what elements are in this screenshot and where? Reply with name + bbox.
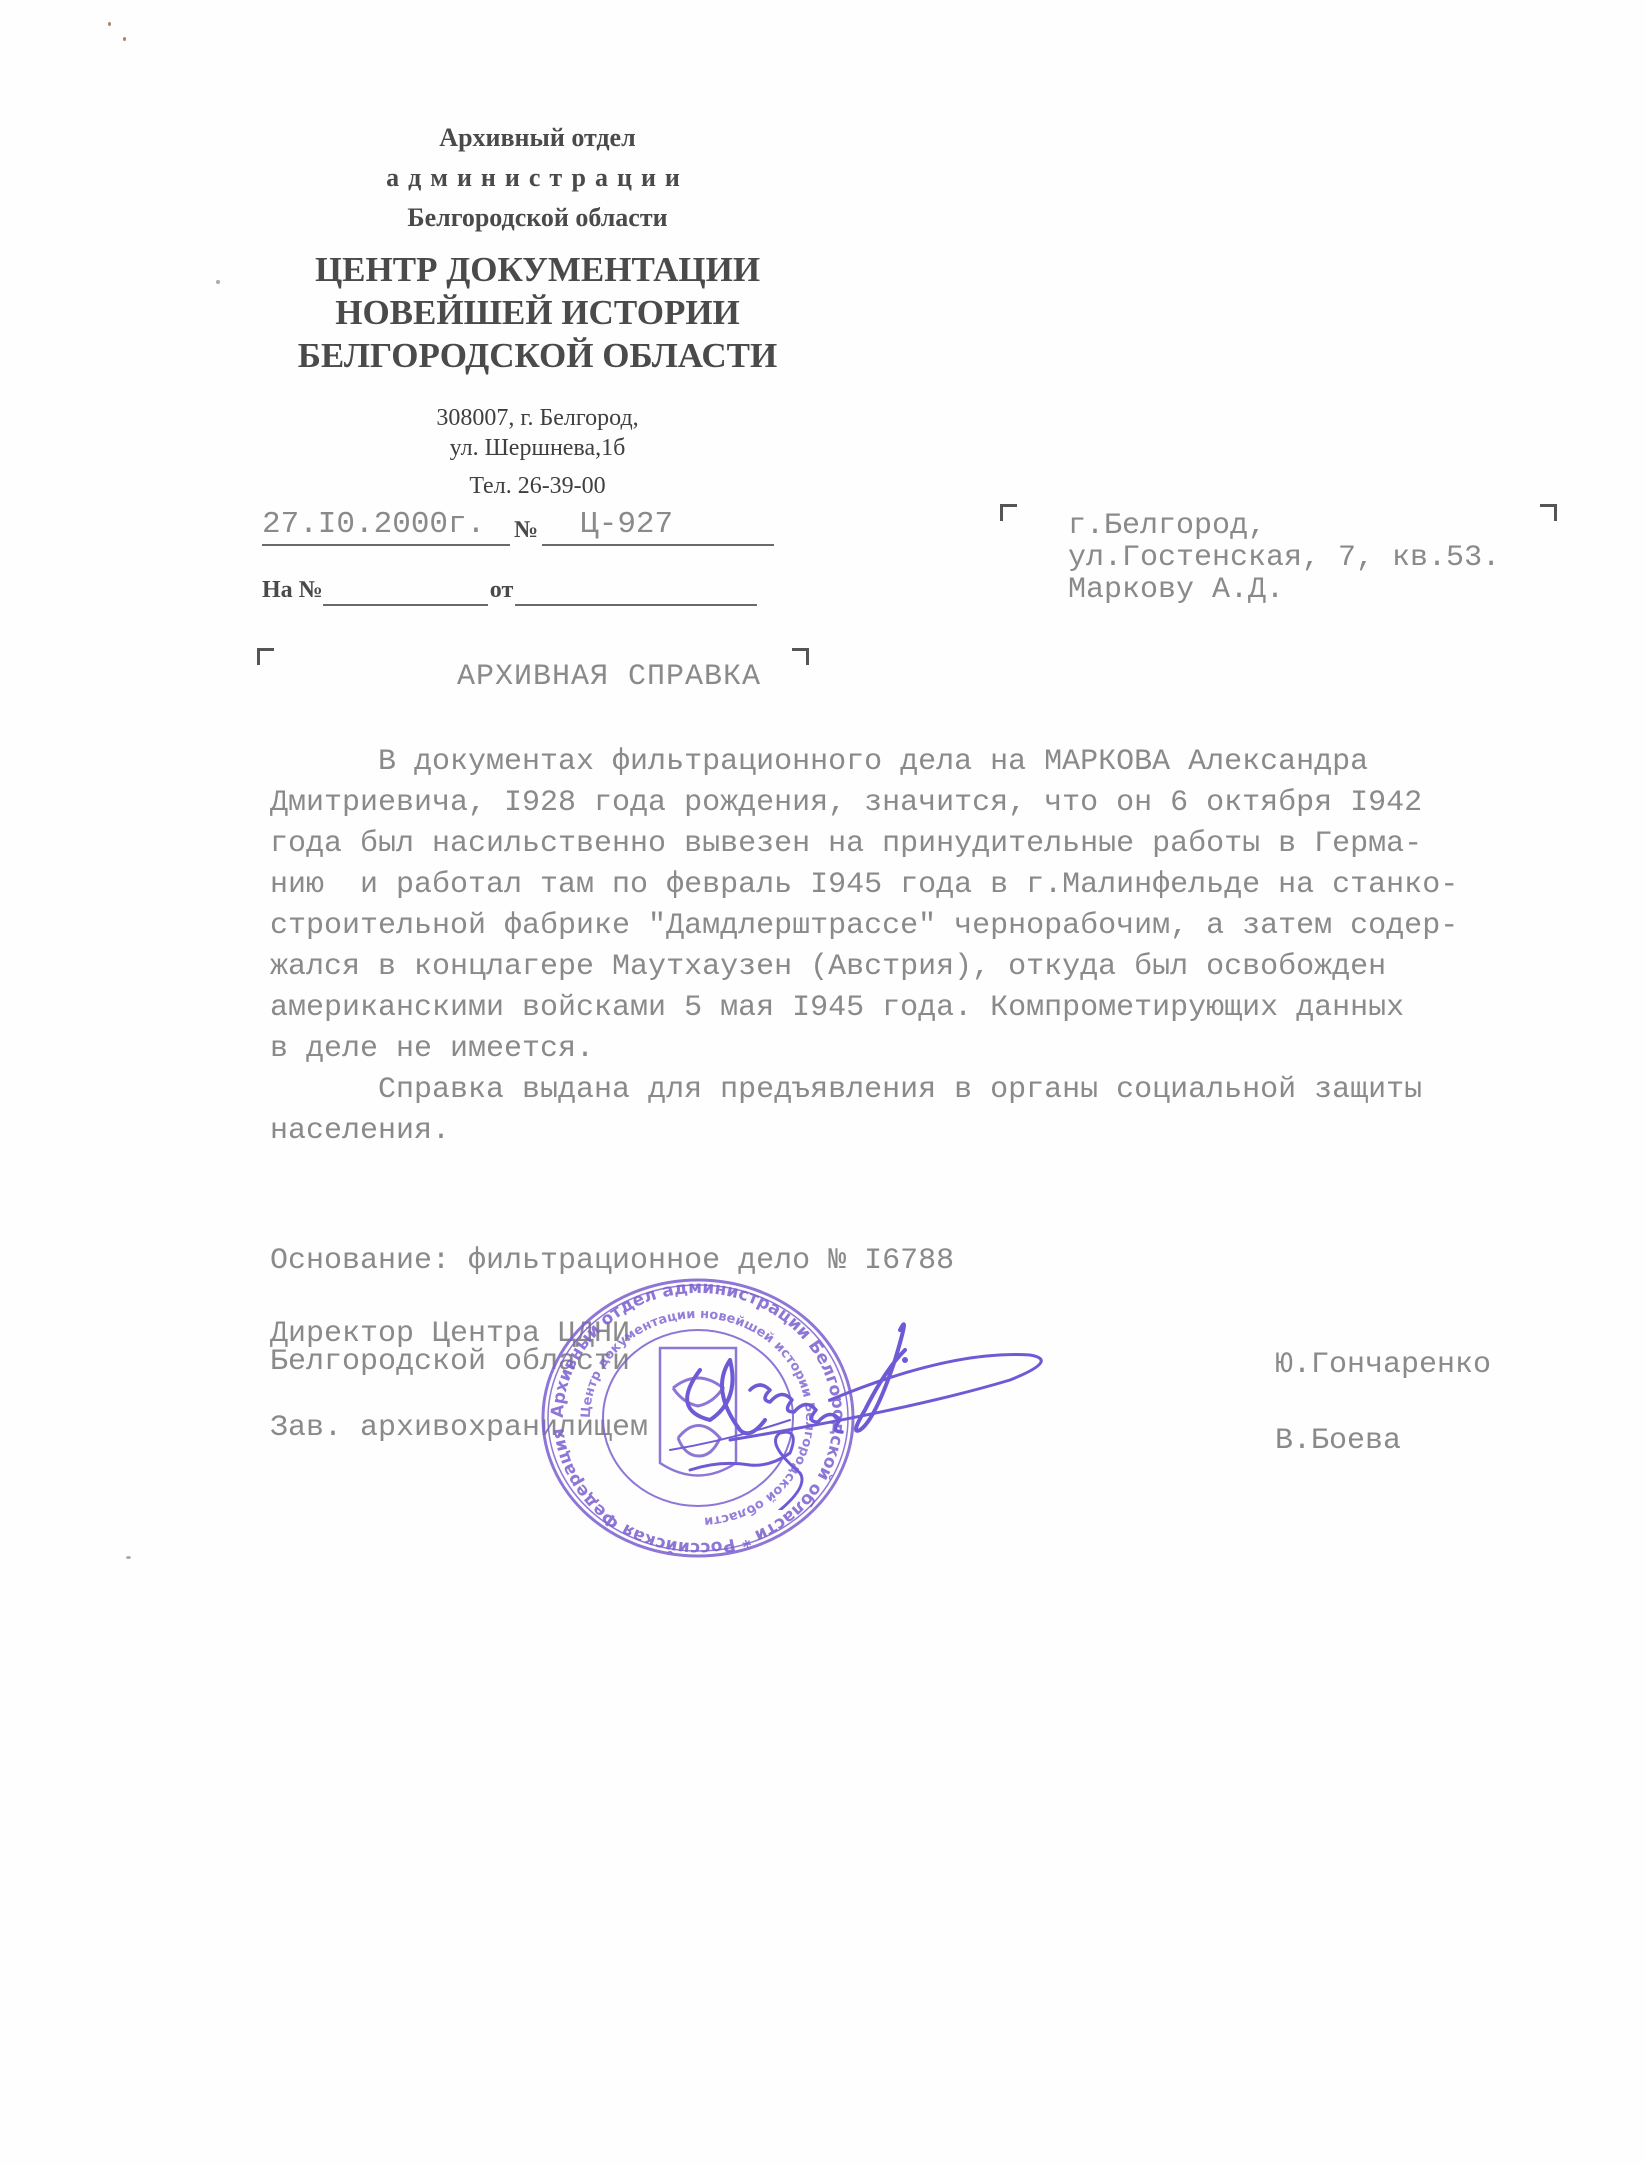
- director-name: Ю.Гончаренко: [1275, 1348, 1491, 1382]
- addressee-name: Маркову А.Д.: [1068, 574, 1500, 606]
- from-field: [515, 566, 757, 606]
- addressee-corner-right: [1540, 504, 1557, 521]
- body-line: В документах фильтрационного дела на МАР…: [270, 742, 1570, 783]
- addressee-corner-left: [1000, 504, 1017, 521]
- number-label: №: [514, 517, 538, 546]
- document-title: АРХИВНАЯ СПРАВКА: [457, 660, 761, 694]
- from-label: от: [490, 577, 513, 606]
- paper-speck: [123, 37, 126, 41]
- number-value: Ц-927: [580, 507, 673, 542]
- letterhead-admin: администрации: [260, 158, 815, 198]
- body-line: американскими войсками 5 мая I945 года. …: [270, 988, 1570, 1029]
- document-body: В документах фильтрационного дела на МАР…: [270, 742, 1570, 1152]
- addressee-city: г.Белгород,: [1068, 510, 1500, 542]
- date-value: 27.I0.2000г.: [262, 507, 485, 542]
- archivist-name: В.Боева: [1275, 1424, 1401, 1458]
- paper-speck: [216, 280, 220, 284]
- body-line: жался в концлагере Маутхаузен (Австрия),…: [270, 947, 1570, 988]
- ref-label: На №: [262, 577, 323, 606]
- letterhead-region: Белгородской области: [260, 198, 815, 238]
- letterhead-dept: Архивный отдел: [260, 118, 815, 158]
- address-line2: ул. Шершнева,1б: [260, 433, 815, 463]
- body-line: Дмитриевича, I928 года рождения, значитс…: [270, 783, 1570, 824]
- signature-icon: [660, 1310, 1250, 1510]
- date-field: 27.I0.2000г.: [262, 506, 510, 546]
- body-line: в деле не имеется.: [270, 1029, 1570, 1070]
- document-page: Архивный отдел администрации Белгородско…: [0, 0, 1645, 2165]
- addressee-block: г.Белгород, ул.Гостенская, 7, кв.53. Мар…: [1068, 510, 1500, 606]
- org-name-line3: БЕЛГОРОДСКОЙ ОБЛАСТИ: [260, 334, 815, 377]
- paper-speck: [126, 1556, 131, 1559]
- org-phone: Тел. 26-39-00: [260, 471, 815, 501]
- address-line1: 308007, г. Белгород,: [260, 403, 815, 433]
- paper-speck: [108, 22, 111, 26]
- document-basis: Основание: фильтрационное дело № I6788: [270, 1244, 954, 1278]
- body-line: нию и работал там по февраль I945 года в…: [270, 865, 1570, 906]
- org-address: 308007, г. Белгород, ул. Шершнева,1б: [260, 403, 815, 463]
- date-number-row: 27.I0.2000г. № Ц-927: [262, 506, 774, 546]
- letterhead: Архивный отдел администрации Белгородско…: [260, 118, 815, 501]
- ref-number-field: [323, 566, 488, 606]
- addressee-street: ул.Гостенская, 7, кв.53.: [1068, 542, 1500, 574]
- body-line: населения.: [270, 1111, 1570, 1152]
- number-field: Ц-927: [542, 510, 774, 546]
- org-name-line2: НОВЕЙШЕЙ ИСТОРИИ: [260, 291, 815, 334]
- title-corner-left: [257, 648, 274, 665]
- body-line: строительной фабрике "Дамдлерштрассе" че…: [270, 906, 1570, 947]
- body-line: Справка выдана для предъявления в органы…: [270, 1070, 1570, 1111]
- org-name: ЦЕНТР ДОКУМЕНТАЦИИ НОВЕЙШЕЙ ИСТОРИИ БЕЛГ…: [260, 248, 815, 377]
- org-name-line1: ЦЕНТР ДОКУМЕНТАЦИИ: [260, 248, 815, 291]
- title-corner-right: [792, 648, 809, 665]
- body-line: года был насильственно вывезен на принуд…: [270, 824, 1570, 865]
- reference-row: На № от: [262, 566, 757, 606]
